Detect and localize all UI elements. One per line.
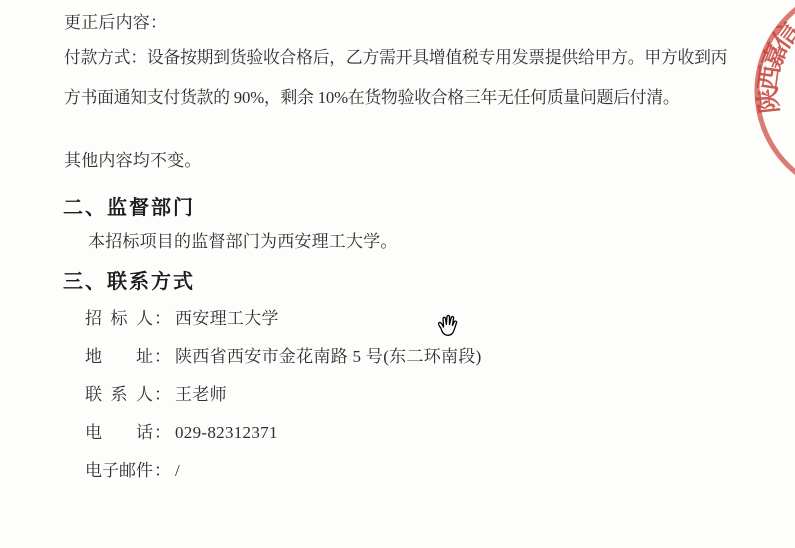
colon: ： xyxy=(154,456,171,481)
tenderee-value: 西安理工大学 xyxy=(175,304,279,329)
phone-label: 电话 xyxy=(85,418,153,443)
seal-ring xyxy=(757,0,795,196)
corrected-content-label: 更正后内容： xyxy=(64,13,167,33)
document-page: 更正后内容： 付款方式：设备按期到货验收合格后，乙方需开具增值税专用发票提供给甲… xyxy=(0,0,795,548)
hand-cursor-icon xyxy=(437,312,458,338)
colon: ： xyxy=(154,342,171,367)
other-content-unchanged-note: 其他内容均不变。 xyxy=(64,151,202,171)
colon: ： xyxy=(154,304,171,329)
contact-row-email: 电子邮件：/ xyxy=(85,456,180,481)
seal-character-jia: 嘉 xyxy=(758,39,793,73)
email-label: 电子邮件 xyxy=(85,456,153,481)
colon: ： xyxy=(154,418,171,443)
section-heading-contact-info: 三、联系方式 xyxy=(63,265,195,294)
colon: ： xyxy=(154,380,171,405)
seal-character-shan: 陕 xyxy=(753,87,784,115)
supervision-department-body: 本招标项目的监督部门为西安理工大学。 xyxy=(88,232,398,252)
payment-terms-line-1: 付款方式：设备按期到货验收合格后，乙方需开具增值税专用发票提供给甲方。甲方收到丙 xyxy=(64,48,727,68)
phone-value: 029-82312371 xyxy=(175,423,278,443)
tenderee-label: 招标人 xyxy=(85,304,153,329)
email-value: / xyxy=(175,461,180,481)
payment-terms-line-2: 方书面通知支付货款的 90%，剩余 10%在货物验收合格三年无任何质量问题后付清… xyxy=(64,88,680,108)
contact-row-phone: 电话：029-82312371 xyxy=(85,418,278,443)
contact-person-value: 王老师 xyxy=(175,380,227,405)
contact-person-label: 联系人 xyxy=(85,380,153,405)
seal-character-xi: 西 xyxy=(754,64,785,93)
section-heading-supervision-department: 二、监督部门 xyxy=(63,191,195,220)
company-seal: 陕 西 嘉 信 xyxy=(742,0,795,211)
address-value: 陕西省西安市金花南路 5 号(东二环南段) xyxy=(175,342,482,367)
address-label: 地址 xyxy=(85,342,153,367)
contact-row-address: 地址：陕西省西安市金花南路 5 号(东二环南段) xyxy=(85,342,482,367)
contact-row-tenderee: 招标人：西安理工大学 xyxy=(85,304,279,329)
contact-row-contact-person: 联系人：王老师 xyxy=(85,380,227,405)
seal-character-xin: 信 xyxy=(767,17,795,54)
